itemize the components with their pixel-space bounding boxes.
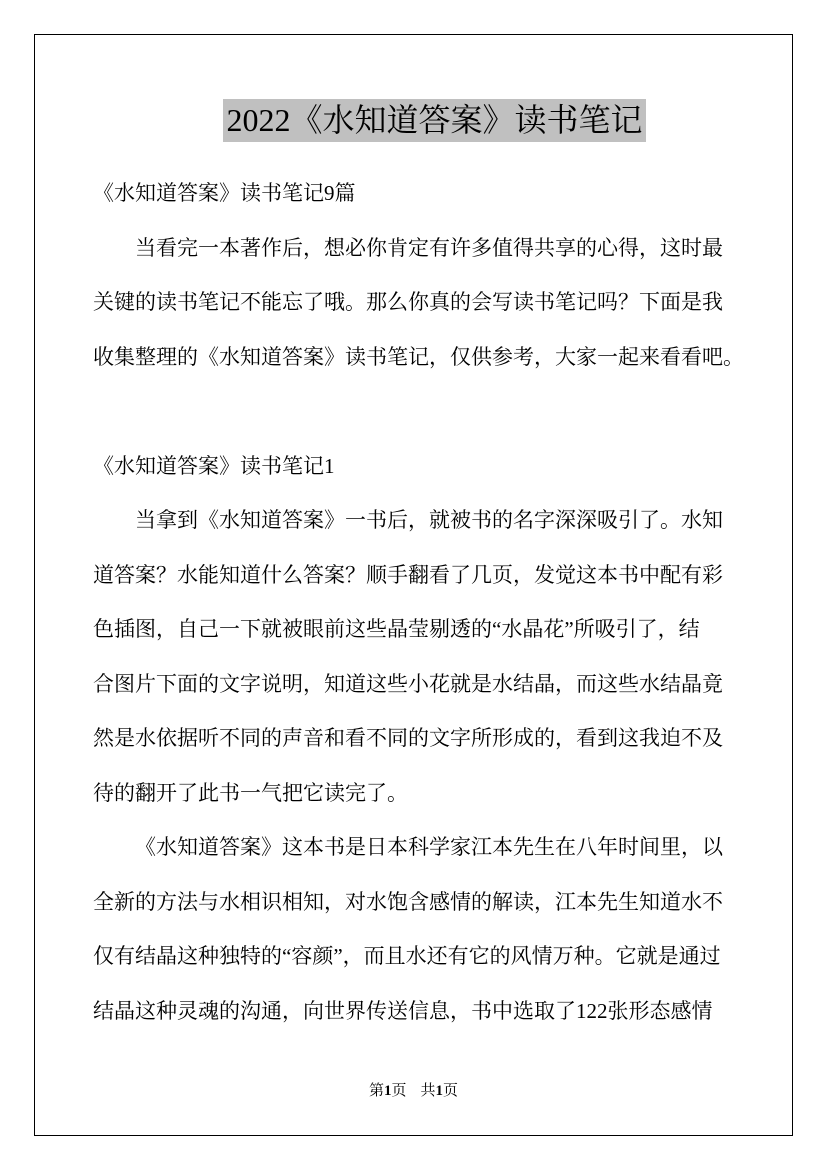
document-title: 2022《水知道答案》读书笔记	[223, 99, 645, 142]
text-line: 《水知道答案》读书笔记9篇	[93, 166, 744, 221]
text-line: 然是水依据听不同的声音和看不同的文字所形成的，看到这我迫不及	[93, 711, 744, 766]
text-line: 待的翻开了此书一气把它读完了。	[93, 766, 744, 821]
text-line: 收集整理的《水知道答案》读书笔记，仅供参考，大家一起来看看吧。	[93, 330, 744, 385]
text-line: 《水知道答案》这本书是日本科学家江本先生在八年时间里，以	[93, 820, 744, 875]
document-body: 《水知道答案》读书笔记9篇当看完一本著作后，想必你肯定有许多值得共享的心得，这时…	[93, 166, 744, 1038]
footer-text: 页	[391, 1083, 406, 1099]
title-row: 2022《水知道答案》读书笔记	[34, 99, 793, 142]
text-line: 仅有结晶这种独特的“容颜”，而且水还有它的风情万种。它就是通过	[93, 929, 744, 984]
text-line: 关键的读书笔记不能忘了哦。那么你真的会写读书笔记吗？下面是我	[93, 275, 744, 330]
footer-text: 第	[369, 1083, 384, 1099]
text-line: 色插图，自己一下就被眼前这些晶莹剔透的“水晶花”所吸引了，结	[93, 602, 744, 657]
text-line: 结晶这种灵魂的沟通，向世界传送信息，书中选取了122张形态感情	[93, 984, 744, 1039]
text-line: 当拿到《水知道答案》一书后，就被书的名字深深吸引了。水知	[93, 493, 744, 548]
footer-text: 共	[421, 1083, 436, 1099]
text-line: 全新的方法与水相识相知，对水饱含感情的解读，江本先生知道水不	[93, 875, 744, 930]
text-line	[93, 384, 744, 439]
footer-text: 1	[436, 1083, 444, 1099]
text-line: 合图片下面的文字说明，知道这些小花就是水结晶，而这些水结晶竟	[93, 657, 744, 712]
text-line: 《水知道答案》读书笔记1	[93, 439, 744, 494]
document-page: 2022《水知道答案》读书笔记 《水知道答案》读书笔记9篇当看完一本著作后，想必…	[0, 0, 827, 1170]
footer-text: 页	[443, 1083, 458, 1099]
text-line: 道答案？水能知道什么答案？顺手翻看了几页，发觉这本书中配有彩	[93, 548, 744, 603]
text-line: 当看完一本著作后，想必你肯定有许多值得共享的心得，这时最	[93, 221, 744, 276]
page-footer: 第1页共1页	[34, 1080, 793, 1102]
